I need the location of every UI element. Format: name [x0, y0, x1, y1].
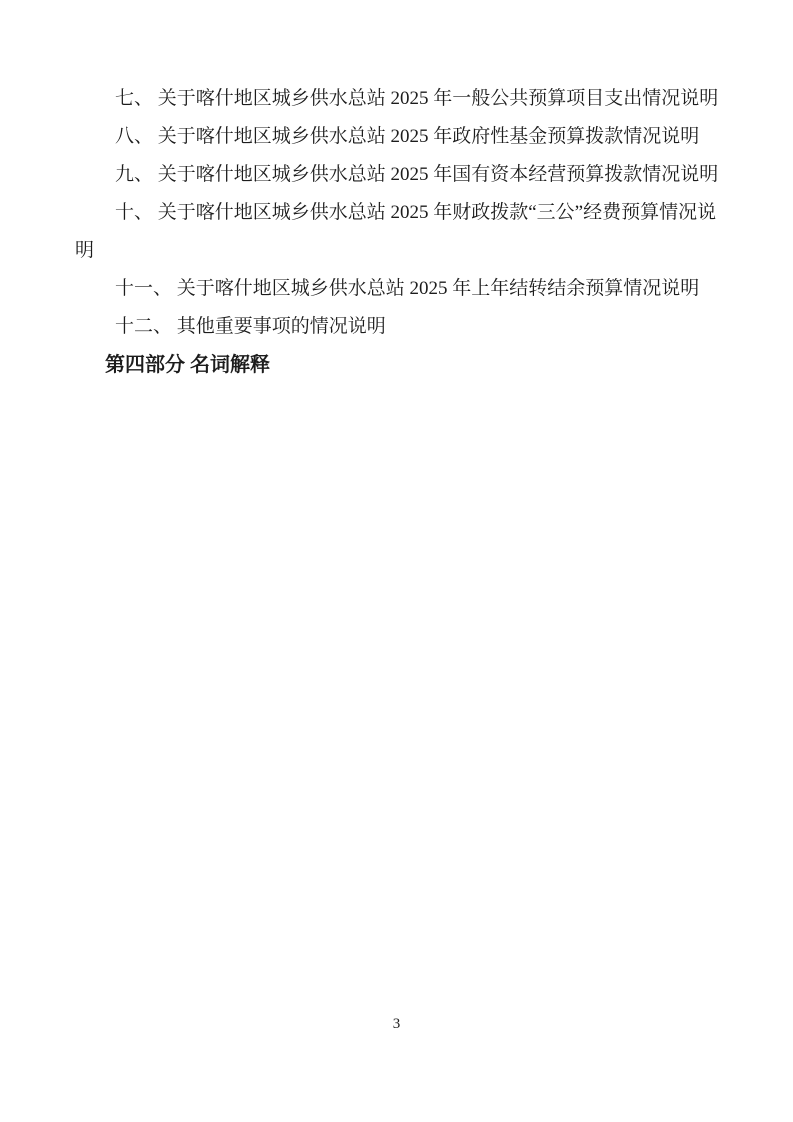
toc-item-10: 十、 关于喀什地区城乡供水总站 2025 年财政拨款“三公”经费预算情况说明 [75, 194, 735, 270]
toc-item-12: 十二、 其他重要事项的情况说明 [75, 308, 735, 346]
page-number: 3 [0, 1014, 793, 1034]
toc-list: 七、 关于喀什地区城乡供水总站 2025 年一般公共预算项目支出情况说明 八、 … [75, 80, 735, 384]
toc-item-8: 八、 关于喀什地区城乡供水总站 2025 年政府性基金预算拨款情况说明 [75, 118, 735, 156]
toc-item-7: 七、 关于喀什地区城乡供水总站 2025 年一般公共预算项目支出情况说明 [75, 80, 735, 118]
document-page: 七、 关于喀什地区城乡供水总站 2025 年一般公共预算项目支出情况说明 八、 … [0, 0, 793, 1122]
toc-item-11: 十一、 关于喀什地区城乡供水总站 2025 年上年结转结余预算情况说明 [75, 270, 735, 308]
toc-item-9: 九、 关于喀什地区城乡供水总站 2025 年国有资本经营预算拨款情况说明 [75, 156, 735, 194]
section-heading: 第四部分 名词解释 [75, 346, 735, 384]
